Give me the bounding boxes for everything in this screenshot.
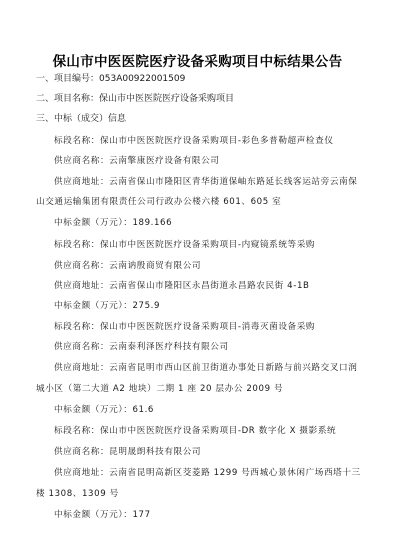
lot-3-supplier-address-cont: 城小区（第二大道 A2 地块）二期 1 座 20 层办公 2009 号: [36, 384, 283, 395]
lot-3-name: 标段名称：保山市中医医院医疗设备采购项目-消毒灭菌设备采购: [54, 322, 315, 333]
lot-4-supplier-name: 供应商名称：昆明晟朗科技有限公司: [54, 447, 201, 458]
project-number: 一、项目编号：053A00922001509: [36, 74, 185, 85]
lot-2-supplier-name: 供应商名称：云南讷殷商贸有限公司: [54, 261, 201, 272]
lot-3-amount: 中标金额（万元）：61.6: [54, 405, 154, 416]
lot-2-amount: 中标金额（万元）：275.9: [54, 301, 160, 312]
lot-2-name: 标段名称：保山市中医医院医疗设备采购项目-内窥镜系统等采购: [54, 240, 315, 251]
lot-1-name: 标段名称：保山市中医医院医疗设备采购项目-彩色多普勒超声检查仪: [54, 136, 334, 147]
lot-2-supplier-address: 供应商地址：云南省保山市隆阳区永昌街道永昌路农民街 4-1B: [54, 281, 310, 292]
lot-1-supplier-address-cont: 山交通运输集团有限责任公司行政办公楼六楼 601、605 室: [36, 197, 281, 208]
project-name: 二、项目名称：保山市中医医院医疗设备采购项目: [36, 94, 234, 105]
lot-3-supplier-name: 供应商名称：云南泰利泽医疗科技有限公司: [54, 342, 229, 353]
lot-4-amount: 中标金额（万元）：177: [54, 510, 151, 521]
lot-3-supplier-address: 供应商地址：云南省昆明市西山区前卫街道办事处日新路与前兴路交叉口润: [54, 363, 357, 374]
project-name-value: 保山市中医医院医疗设备采购项目: [99, 94, 234, 104]
project-number-label: 一、项目编号：: [36, 74, 99, 84]
lot-4-supplier-address-cont: 楼 1308、1309 号: [36, 489, 119, 500]
award-info-heading: 三、中标（成交）信息: [36, 114, 126, 125]
lot-4-supplier-address: 供应商地址：云南省昆明高新区茭菱路 1299 号西城心景休闲广场西塔十三: [54, 468, 361, 479]
document-page: 保山市中医医院医疗设备采购项目中标结果公告 一、项目编号：053A0092200…: [0, 0, 395, 557]
lot-1-supplier-address: 供应商地址：云南省保山市隆阳区青华街道保岫东路延长线客运站旁云南保: [54, 177, 357, 188]
project-number-value: 053A00922001509: [99, 74, 185, 84]
project-name-label: 二、项目名称：: [36, 94, 99, 104]
page-title: 保山市中医医院医疗设备采购项目中标结果公告: [0, 50, 395, 70]
lot-1-supplier-name: 供应商名称：云南擎康医疗设备有限公司: [54, 156, 220, 167]
lot-1-amount: 中标金额（万元）：189.166: [54, 218, 172, 229]
lot-4-name: 标段名称：保山市中医医院医疗设备采购项目-DR 数字化 X 摄影系统: [54, 426, 336, 437]
